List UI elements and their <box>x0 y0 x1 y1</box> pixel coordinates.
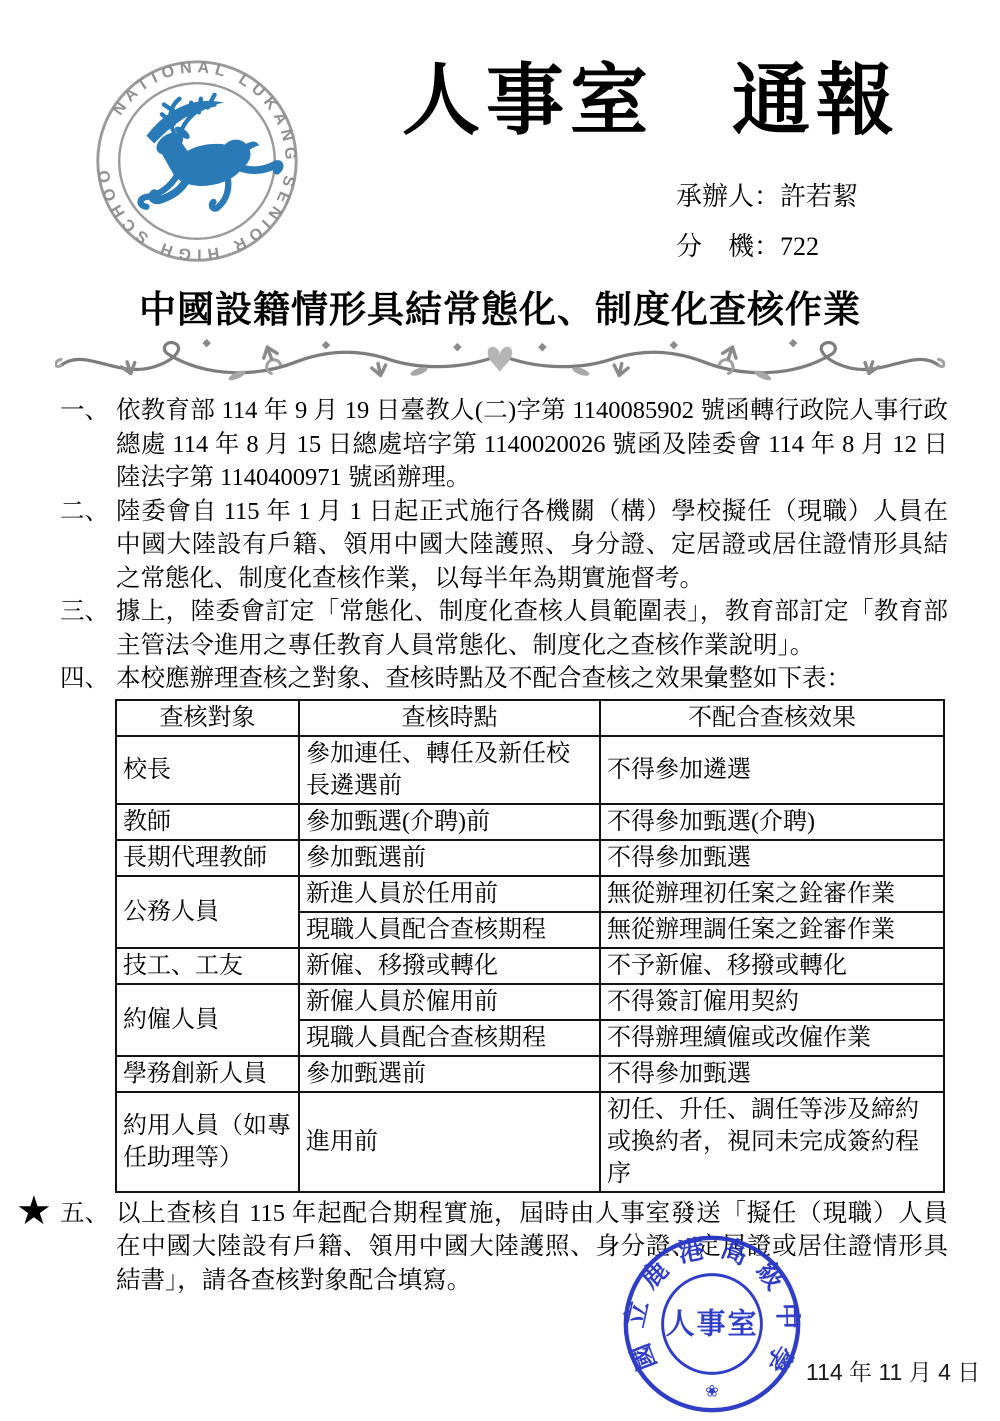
stamp-center-text: 人事室 <box>666 1308 759 1341</box>
plum-blossom-icon: ❀ <box>705 1382 719 1401</box>
cell-subject: 校長 <box>116 736 299 804</box>
cell-effect: 初任、升任、調任等涉及締約或換約者，視同未完成簽約程序 <box>600 1092 944 1192</box>
cell-effect: 不得參加甄選 <box>600 840 944 876</box>
cell-effect: 不得參加遴選 <box>600 736 944 804</box>
handler-name: 許若絜 <box>780 182 858 211</box>
cell-time: 進用前 <box>299 1092 600 1192</box>
table-row: 學務創新人員 參加甄選前 不得參加甄選 <box>116 1056 944 1092</box>
table-row: 約用人員（如專任助理等） 進用前 初任、升任、調任等涉及締約或換約者，視同未完成… <box>116 1092 944 1192</box>
cell-effect: 無從辦理初任案之銓審作業 <box>600 876 944 912</box>
table-row: 公務人員 新進人員於任用前 無從辦理初任案之銓審作業 <box>116 876 944 912</box>
paragraph-text: 陸委會自 115 年 1 月 1 日起正式施行各機關（構）學校擬任（現職）人員在… <box>116 495 948 596</box>
document-date: 114 年 11 月 4 日 <box>806 1354 980 1387</box>
extension-number: 722 <box>780 232 819 261</box>
table-row: 技工、工友 新僱、移撥或轉化 不予新僱、移撥或轉化 <box>116 948 944 984</box>
cell-effect: 不得簽訂僱用契約 <box>600 984 944 1020</box>
handler-line: 承辦人：許若絜 <box>676 172 858 222</box>
cell-subject: 約用人員（如專任助理等） <box>116 1092 299 1192</box>
cell-subject: 公務人員 <box>116 876 299 948</box>
cell-time: 新僱人員於僱用前 <box>299 984 600 1020</box>
cell-subject: 教師 <box>116 804 299 840</box>
cell-time: 新僱、移撥或轉化 <box>299 948 600 984</box>
cell-subject: 約僱人員 <box>116 984 299 1056</box>
cell-subject: 長期代理教師 <box>116 840 299 876</box>
paragraph-number: 一、 <box>60 394 116 428</box>
title-right: 通報 <box>732 56 900 146</box>
cell-time: 參加連任、轉任及新任校長遴選前 <box>299 736 600 804</box>
paragraph-number: ★五、 <box>60 1197 116 1231</box>
cell-effect: 不得參加甄選(介聘) <box>600 804 944 840</box>
paragraph-text: 本校應辦理查核之對象、查核時點及不配合查核之效果彙整如下表： <box>116 662 948 696</box>
subject-title: 中國設籍情形具結常態化、制度化查核作業 <box>0 279 1000 333</box>
cell-time: 現職人員配合查核期程 <box>299 912 600 948</box>
extension-label: 分 機： <box>676 232 780 261</box>
table-row: 教師 參加甄選(介聘)前 不得參加甄選(介聘) <box>116 804 944 840</box>
paragraph-text: 據上，陸委會訂定「常態化、制度化查核人員範圍表」，教育部訂定「教育部主管法令進用… <box>116 595 948 662</box>
paragraph-3: 三、 據上，陸委會訂定「常態化、制度化查核人員範圍表」，教育部訂定「教育部主管法… <box>60 595 948 662</box>
ornamental-divider <box>55 333 945 385</box>
document-title: 人事室 通報 <box>402 56 900 146</box>
paragraph-text: 以上查核自 115 年起配合期程實施，屆時由人事室發送「擬任（現職）人員在中國大… <box>116 1197 948 1298</box>
paragraph-2: 二、 陸委會自 115 年 1 月 1 日起正式施行各機關（構）學校擬任（現職）… <box>60 495 948 596</box>
cell-effect: 不予新僱、移撥或轉化 <box>600 948 944 984</box>
column-header-effect: 不配合查核效果 <box>600 700 944 736</box>
cell-subject: 技工、工友 <box>116 948 299 984</box>
paragraph-number: 四、 <box>60 662 116 696</box>
table-row: 約僱人員 新僱人員於僱用前 不得簽訂僱用契約 <box>116 984 944 1020</box>
cell-effect: 無從辦理調任案之銓審作業 <box>600 912 944 948</box>
paragraph-number: 二、 <box>60 495 116 529</box>
cell-effect: 不得辦理續僱或改僱作業 <box>600 1020 944 1056</box>
paragraph-number: 三、 <box>60 595 116 629</box>
cell-time: 新進人員於任用前 <box>299 876 600 912</box>
star-icon: ★ <box>16 1191 52 1231</box>
title-left: 人事室 <box>402 56 654 146</box>
cell-subject: 學務創新人員 <box>116 1056 299 1092</box>
cell-time: 參加甄選(介聘)前 <box>299 804 600 840</box>
paragraph-1: 一、 依教育部 114 年 9 月 19 日臺教人(二)字第 114008590… <box>60 394 948 495</box>
paragraph-4: 四、 本校應辦理查核之對象、查核時點及不配合查核之效果彙整如下表： <box>60 662 948 696</box>
paragraph-5: ★五、 以上查核自 115 年起配合期程實施，屆時由人事室發送「擬任（現職）人員… <box>60 1197 948 1298</box>
document-page: NATIONAL LUKANG SENIOR HIGH SCHOOL 人事室 <box>0 0 1000 1421</box>
personnel-office-stamp: 國立鹿港高級中學 人事室 ❀ <box>620 1232 804 1416</box>
cell-time: 現職人員配合查核期程 <box>299 1020 600 1056</box>
cell-time: 參加甄選前 <box>299 840 600 876</box>
heart-ornament <box>488 347 512 372</box>
document-meta: 承辦人：許若絜 分 機：722 <box>676 172 858 272</box>
extension-line: 分 機：722 <box>676 222 858 272</box>
cell-time: 參加甄選前 <box>299 1056 600 1092</box>
document-body: 一、 依教育部 114 年 9 月 19 日臺教人(二)字第 114008590… <box>60 394 948 1297</box>
table-row: 校長 參加連任、轉任及新任校長遴選前 不得參加遴選 <box>116 736 944 804</box>
table-header-row: 查核對象 查核時點 不配合查核效果 <box>116 700 944 736</box>
cell-effect: 不得參加甄選 <box>600 1056 944 1092</box>
check-table: 查核對象 查核時點 不配合查核效果 校長 參加連任、轉任及新任校長遴選前 不得參… <box>115 699 945 1193</box>
handler-label: 承辦人： <box>676 182 780 211</box>
column-header-time: 查核時點 <box>299 700 600 736</box>
school-logo: NATIONAL LUKANG SENIOR HIGH SCHOOL <box>90 54 304 268</box>
table-row: 長期代理教師 參加甄選前 不得參加甄選 <box>116 840 944 876</box>
column-header-subject: 查核對象 <box>116 700 299 736</box>
paragraph-text: 依教育部 114 年 9 月 19 日臺教人(二)字第 1140085902 號… <box>116 394 948 495</box>
